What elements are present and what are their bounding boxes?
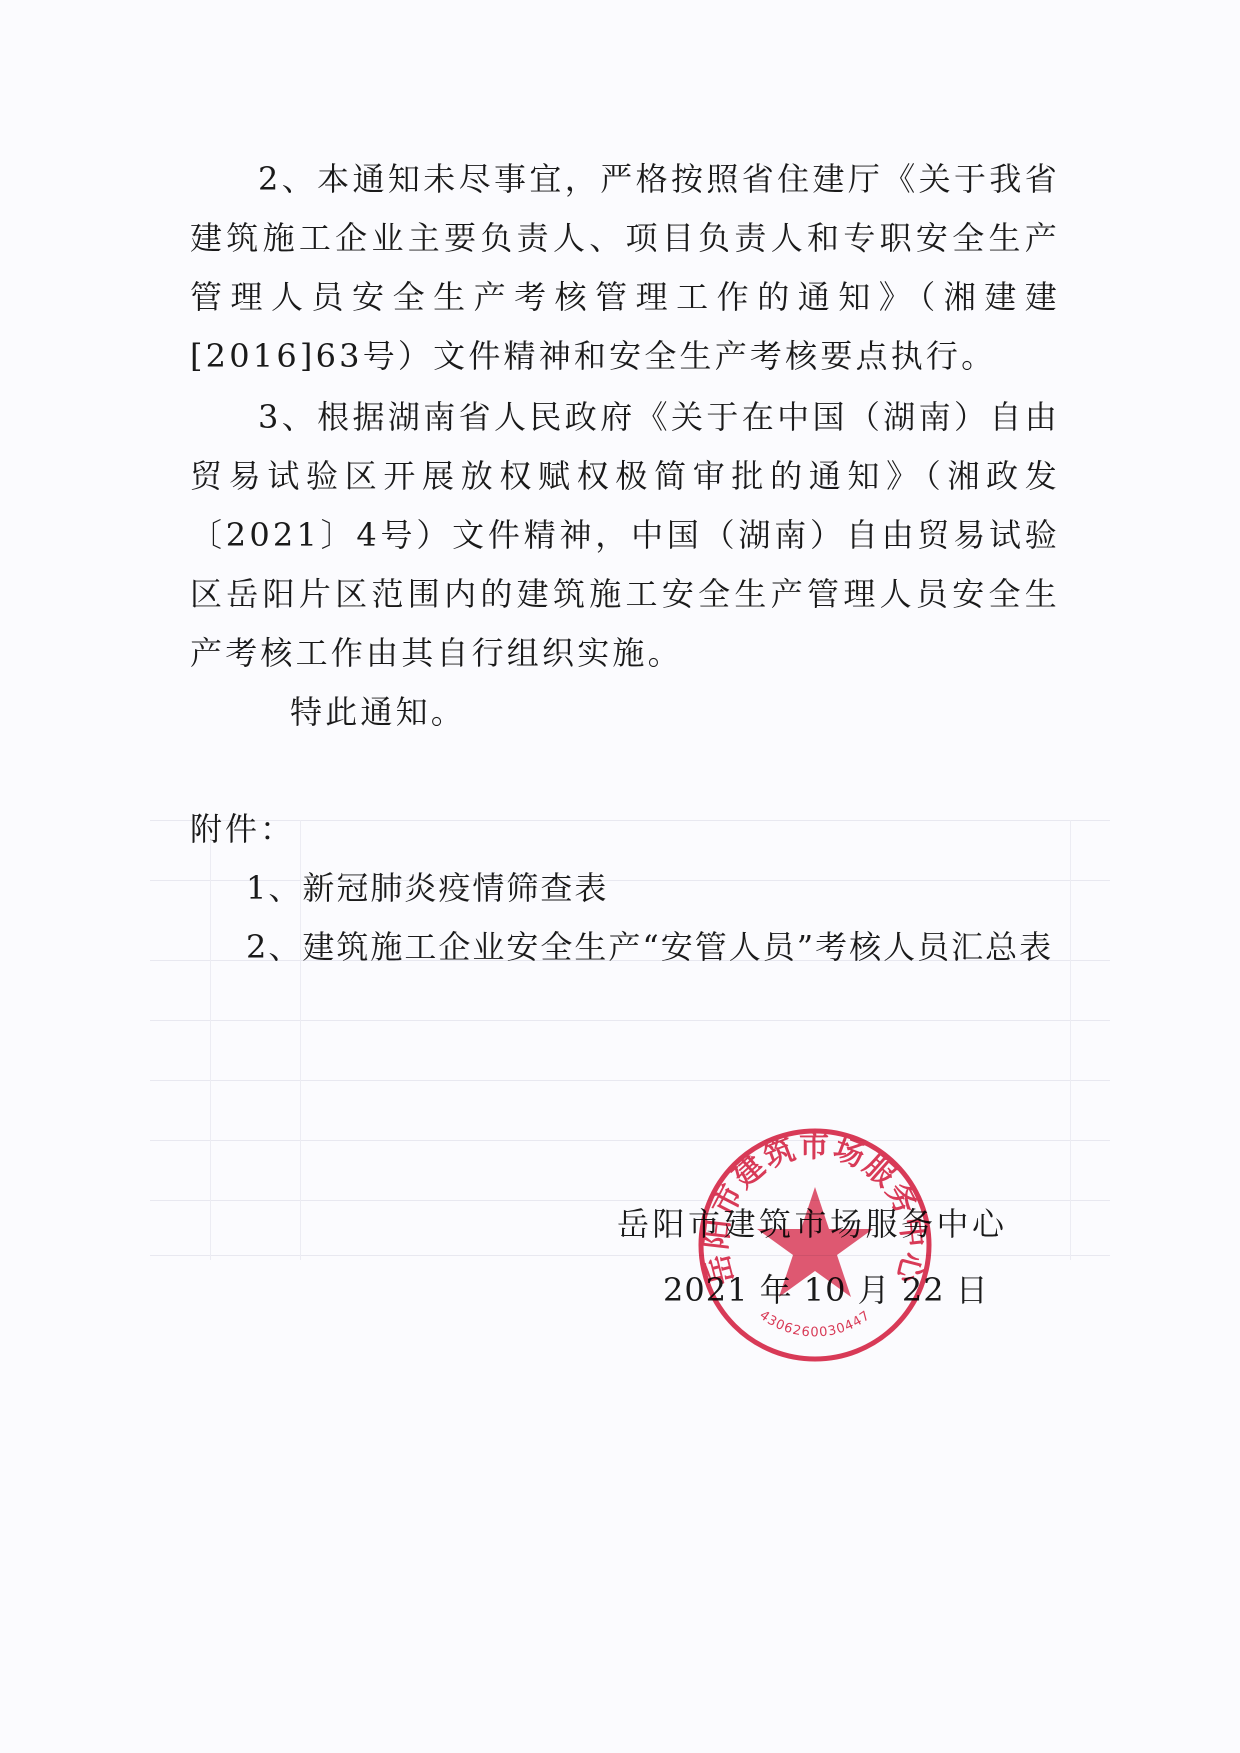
- attachments-heading: 附件：: [190, 800, 1060, 859]
- attachment-item: 2、建筑施工企业安全生产“安管人员”考核人员汇总表: [190, 918, 1060, 977]
- document-body: 2、本通知未尽事宜，严格按照省住建厅《关于我省建筑施工企业主要负责人、项目负责人…: [190, 150, 1060, 977]
- paragraph-2: 2、本通知未尽事宜，严格按照省住建厅《关于我省建筑施工企业主要负责人、项目负责人…: [190, 150, 1060, 386]
- attachment-item: 1、新冠肺炎疫情筛查表: [190, 859, 1060, 918]
- closing-text: 特此通知。: [190, 683, 1060, 742]
- official-seal-icon: 岳阳市建筑市场服务中心 4306260030447: [695, 1125, 935, 1365]
- paragraph-3: 3、根据湖南省人民政府《关于在中国（湖南）自由贸易试验区开展放权赋权极简审批的通…: [190, 388, 1060, 683]
- svg-text:4306260030447: 4306260030447: [757, 1308, 874, 1340]
